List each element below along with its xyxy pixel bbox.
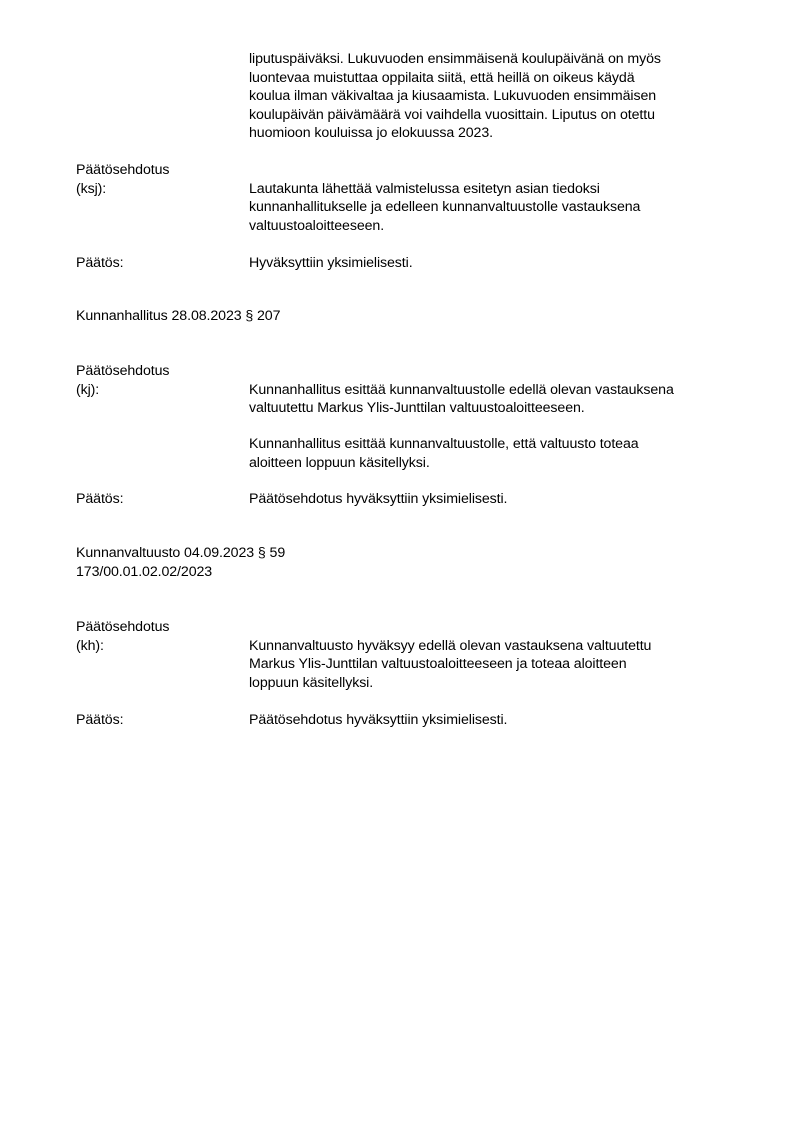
section-heading: Kunnanvaltuusto 04.09.2023 § 59 (76, 544, 285, 563)
proposal-line: valtuutettu Markus Ylis-Junttilan valtuu… (249, 399, 769, 418)
proposal-line: loppuun käsitellyksi. (249, 674, 749, 693)
proposal-label-suffix: (kh): (76, 637, 104, 656)
proposal-text: Lautakunta lähettää valmistelussa esitet… (249, 180, 749, 236)
proposal-line: Markus Ylis-Junttilan valtuustoaloittees… (249, 655, 749, 674)
proposal-line: valtuustoaloitteeseen. (249, 217, 749, 236)
decision-text: Päätösehdotus hyväksyttiin yksimielisest… (249, 711, 749, 730)
proposal-line: Kunnanhallitus esittää kunnanvaltuustoll… (249, 381, 769, 400)
decision-label: Päätös: (76, 711, 123, 730)
proposal-label-suffix: (ksj): (76, 180, 106, 199)
proposal-label: Päätösehdotus (76, 618, 169, 637)
decision-label: Päätös: (76, 254, 123, 273)
proposal-label: Päätösehdotus (76, 362, 169, 381)
section-heading: Kunnanhallitus 28.08.2023 § 207 (76, 307, 280, 326)
proposal-text-2: Kunnanhallitus esittää kunnanvaltuustoll… (249, 435, 749, 472)
intro-line: luontevaa muistuttaa oppilaita siitä, et… (249, 69, 749, 88)
intro-line: koulua ilman väkivaltaa ja kiusaamista. … (249, 87, 749, 106)
intro-line: huomioon kouluissa jo elokuussa 2023. (249, 124, 749, 143)
proposal-line: Kunnanhallitus esittää kunnanvaltuustoll… (249, 435, 749, 454)
proposal-label-suffix: (kj): (76, 381, 99, 400)
proposal-text: Kunnanvaltuusto hyväksyy edellä olevan v… (249, 637, 749, 693)
proposal-line: Lautakunta lähettää valmistelussa esitet… (249, 180, 749, 199)
decision-label: Päätös: (76, 490, 123, 509)
proposal-text: Kunnanhallitus esittää kunnanvaltuustoll… (249, 381, 769, 418)
decision-text: Hyväksyttiin yksimielisesti. (249, 254, 749, 273)
proposal-line: Kunnanvaltuusto hyväksyy edellä olevan v… (249, 637, 749, 656)
document-page: liputuspäiväksi. Lukuvuoden ensimmäisenä… (0, 0, 794, 1122)
reference-number: 173/00.01.02.02/2023 (76, 563, 212, 582)
intro-line: koulupäivän päivämäärä voi vaihdella vuo… (249, 106, 749, 125)
proposal-label: Päätösehdotus (76, 161, 169, 180)
intro-line: liputuspäiväksi. Lukuvuoden ensimmäisenä… (249, 50, 749, 69)
proposal-line: aloitteen loppuun käsitellyksi. (249, 454, 749, 473)
proposal-line: kunnanhallitukselle ja edelleen kunnanva… (249, 198, 749, 217)
decision-text: Päätösehdotus hyväksyttiin yksimielisest… (249, 490, 749, 509)
